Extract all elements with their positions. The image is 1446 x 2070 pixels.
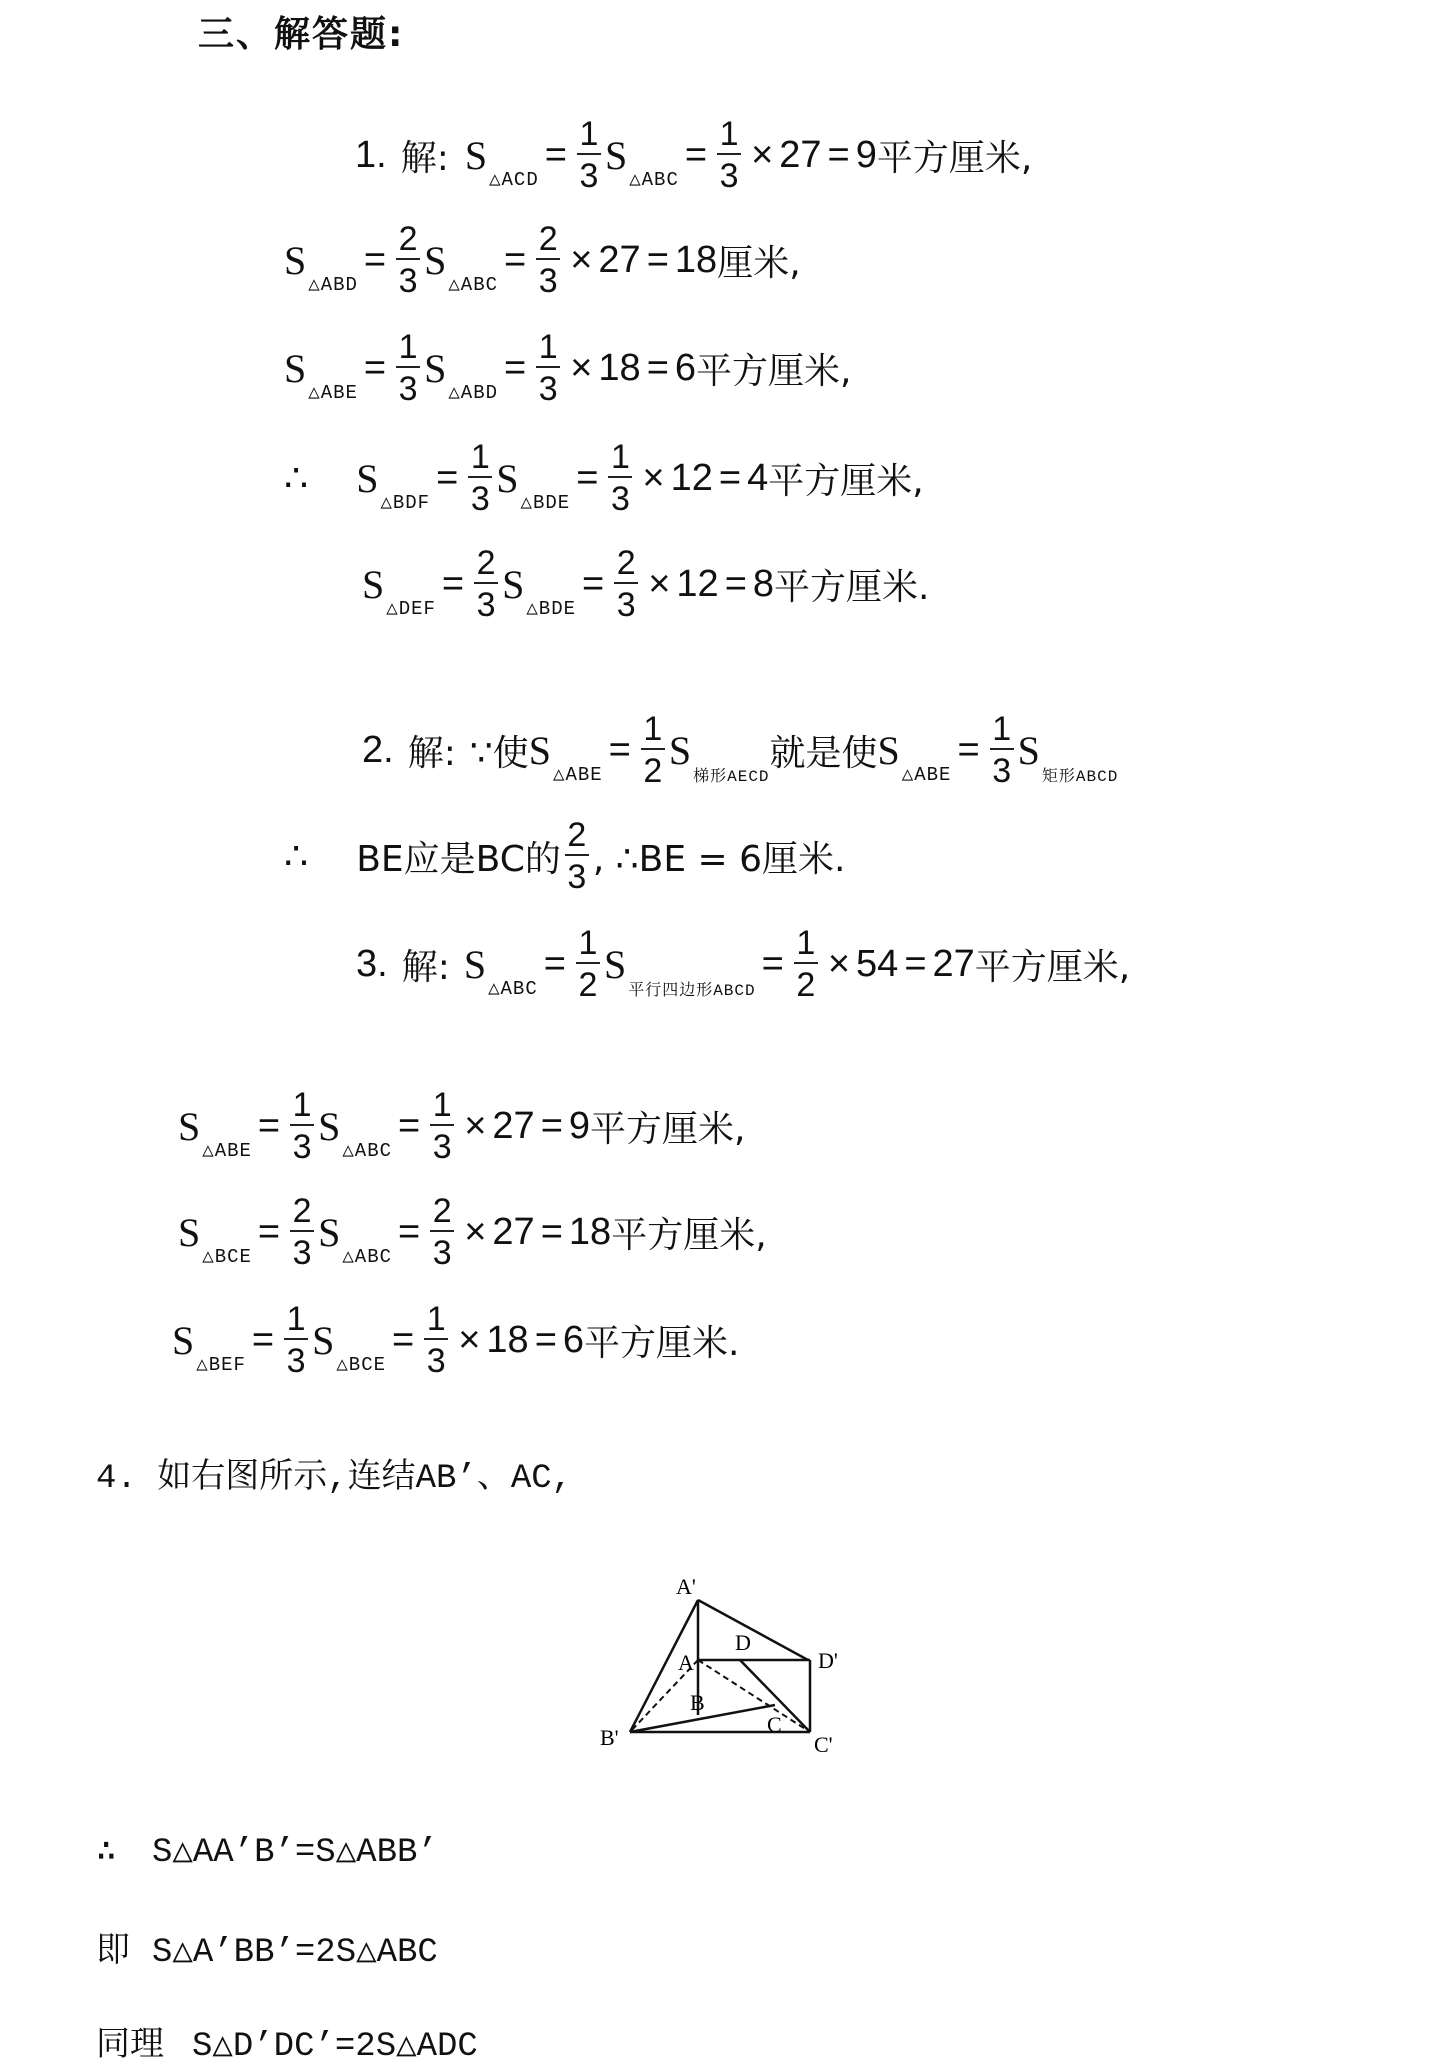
- factor: 27: [492, 1105, 534, 1148]
- factor: 27: [779, 134, 821, 177]
- conclusion-text: BE应是BC的: [356, 831, 561, 882]
- area-symbol: S: [878, 727, 900, 774]
- denominator: 3: [399, 368, 418, 406]
- equals: =: [398, 1105, 420, 1148]
- label-c-prime: C': [814, 1732, 833, 1757]
- factor: 12: [671, 457, 713, 500]
- area-symbol: S: [284, 345, 306, 392]
- fraction: 13: [577, 117, 601, 193]
- subscript: △ABC: [488, 977, 538, 1000]
- denominator: 3: [992, 750, 1011, 788]
- numerator: 1: [397, 330, 420, 366]
- numerator: 2: [475, 546, 498, 582]
- equals: =: [541, 1105, 563, 1148]
- numerator: 2: [537, 222, 560, 258]
- equals: =: [258, 1105, 280, 1148]
- denominator: 3: [617, 584, 636, 622]
- statement-prefix: 同理: [96, 2016, 192, 2066]
- denominator: 3: [611, 478, 630, 516]
- times: ×: [751, 134, 773, 177]
- denominator: 3: [477, 584, 496, 622]
- factor: 18: [486, 1319, 528, 1362]
- area-symbol: S: [464, 941, 486, 988]
- equals: =: [904, 943, 926, 986]
- numerator: 1: [609, 440, 632, 476]
- therefore-symbol: ∴: [284, 456, 308, 501]
- fraction: 23: [474, 546, 498, 622]
- subscript: △BCE: [202, 1245, 252, 1268]
- fraction: 13: [468, 440, 492, 516]
- fraction: 13: [430, 1088, 454, 1164]
- area-symbol: S: [496, 455, 518, 502]
- equals: =: [504, 239, 526, 282]
- area-symbol: S: [1018, 727, 1040, 774]
- result: 18: [569, 1211, 611, 1254]
- geometry-figure: A' A B B' C C' D D': [580, 1560, 860, 1760]
- subscript: △ABE: [553, 763, 603, 786]
- equals: =: [364, 347, 386, 390]
- subscript: △ABD: [448, 381, 498, 404]
- numerator: 1: [641, 712, 664, 748]
- p3-line-2: S△ABE = 13 S△ABC = 13 × 27 = 9 平方厘米,: [178, 1076, 746, 1176]
- p3-line-1: 3. 解: S△ABC = 12 S平行四边形ABCD = 12 × 54 = …: [356, 914, 1130, 1014]
- denominator: 3: [433, 1126, 452, 1164]
- statement-text: S△AA’B’=S△ABB’: [152, 1834, 438, 1872]
- denominator: 3: [293, 1126, 312, 1164]
- area-symbol: S: [318, 1103, 340, 1150]
- unit: 平方厘米,: [696, 343, 851, 394]
- fraction: 13: [717, 117, 741, 193]
- label-b-prime: B': [600, 1725, 619, 1750]
- statement-prefix: 即: [96, 1922, 152, 1972]
- fraction: 13: [424, 1302, 448, 1378]
- equals: =: [541, 1211, 563, 1254]
- numerator: 1: [990, 712, 1013, 748]
- numerator: 1: [718, 117, 741, 153]
- numerator: 1: [291, 1088, 314, 1124]
- unit: 厘米,: [717, 235, 800, 286]
- result: 9: [569, 1105, 590, 1148]
- denominator: 3: [471, 478, 490, 516]
- fraction: 23: [614, 546, 638, 622]
- label-a-prime: A': [676, 1574, 696, 1599]
- result: 9: [856, 134, 877, 177]
- subscript: △ACD: [489, 168, 539, 191]
- area-symbol: S: [465, 132, 487, 179]
- result: 18: [675, 239, 717, 282]
- unit: 平方厘米,: [768, 453, 923, 504]
- area-symbol: S: [424, 237, 446, 284]
- unit: 平方厘米.: [774, 559, 929, 610]
- fraction: 13: [290, 1088, 314, 1164]
- numerator: 1: [576, 926, 599, 962]
- subscript: △BDE: [526, 597, 576, 620]
- unit: 平方厘米,: [590, 1101, 745, 1152]
- fraction: 13: [990, 712, 1014, 788]
- label-a: A: [678, 1650, 694, 1675]
- equals: =: [436, 457, 458, 500]
- subscript: 平行四边形ABCD: [628, 977, 755, 1000]
- area-symbol: S: [312, 1317, 334, 1364]
- equals: =: [504, 347, 526, 390]
- numerator: 1: [469, 440, 492, 476]
- factor: 54: [856, 943, 898, 986]
- unit: 平方厘米,: [611, 1207, 766, 1258]
- p1-line-3: S△ABE = 13 S△ABD = 13 × 18 = 6 平方厘米,: [284, 318, 852, 418]
- subscript: △BCE: [336, 1353, 386, 1376]
- result: 4: [747, 457, 768, 500]
- p1-line-5: S△DEF = 23 S△BDE = 23 × 12 = 8 平方厘米.: [362, 534, 930, 634]
- p2-jie: 解:: [408, 725, 456, 776]
- equals: =: [647, 239, 669, 282]
- p2-line-1: 2. 解: ∵使 S△ABE = 12 S梯形AECD 就是使 S△ABE = …: [362, 700, 1118, 800]
- label-b: B: [690, 1690, 705, 1715]
- equals: =: [398, 1211, 420, 1254]
- fraction: 13: [536, 330, 560, 406]
- equals: =: [392, 1319, 414, 1362]
- factor: 18: [598, 347, 640, 390]
- times: ×: [570, 347, 592, 390]
- denominator: 3: [567, 856, 586, 894]
- numerator: 2: [565, 818, 588, 854]
- area-symbol: S: [605, 132, 627, 179]
- equals: =: [609, 729, 631, 772]
- area-symbol: S: [604, 941, 626, 988]
- times: ×: [464, 1211, 486, 1254]
- p4-statement-3: 同理S△D’DC’=2S△ADC: [96, 2016, 478, 2066]
- unit: 平方厘米.: [584, 1315, 739, 1366]
- equals: =: [252, 1319, 274, 1362]
- subscript: △ABE: [308, 381, 358, 404]
- area-symbol: S: [362, 561, 384, 608]
- fraction: 12: [641, 712, 665, 788]
- subscript: △ABC: [629, 168, 679, 191]
- area-symbol: S: [284, 237, 306, 284]
- equals: =: [576, 457, 598, 500]
- unit: 平方厘米,: [877, 130, 1032, 181]
- equals: =: [582, 563, 604, 606]
- numerator: 2: [615, 546, 638, 582]
- denominator: 3: [287, 1340, 306, 1378]
- equals: =: [647, 347, 669, 390]
- equals: =: [258, 1211, 280, 1254]
- numerator: 1: [285, 1302, 308, 1338]
- numerator: 1: [794, 926, 817, 962]
- section-heading: 三、解答题:: [198, 6, 404, 57]
- subscript: △ABC: [342, 1245, 392, 1268]
- p4-statement-1: ∴S△AA’B’=S△ABB’: [96, 1830, 438, 1872]
- fraction: 13: [396, 330, 420, 406]
- connector-text: 就是使: [770, 725, 878, 776]
- area-symbol: S: [178, 1103, 200, 1150]
- label-d-prime: D': [818, 1648, 838, 1673]
- p3-line-3: S△BCE = 23 S△ABC = 23 × 27 = 18 平方厘米,: [178, 1182, 767, 1282]
- because-text: ∵使: [470, 725, 529, 776]
- p2-label: 2.: [362, 729, 394, 772]
- p3-line-4: S△BEF = 13 S△BCE = 13 × 18 = 6 平方厘米.: [172, 1290, 740, 1390]
- equals: =: [544, 943, 566, 986]
- fraction: 23: [430, 1194, 454, 1270]
- result: 27: [933, 943, 975, 986]
- label-d: D: [735, 1630, 751, 1655]
- equals: =: [685, 134, 707, 177]
- fraction: 23: [396, 222, 420, 298]
- equals: =: [725, 563, 747, 606]
- area-symbol: S: [502, 561, 524, 608]
- numerator: 2: [291, 1194, 314, 1230]
- times: ×: [464, 1105, 486, 1148]
- area-symbol: S: [318, 1209, 340, 1256]
- p1-label: 1.: [355, 134, 387, 177]
- fraction: 23: [290, 1194, 314, 1270]
- subscript: △BDF: [380, 491, 430, 514]
- equals: =: [957, 729, 979, 772]
- fraction: 12: [576, 926, 600, 1002]
- equals: =: [828, 134, 850, 177]
- equals: =: [442, 563, 464, 606]
- subscript: △DEF: [386, 597, 436, 620]
- times: ×: [570, 239, 592, 282]
- p3-jie: 解:: [402, 939, 450, 990]
- p2-line-2: ∴ BE应是BC的 23 , ∴BE = 6厘米.: [284, 806, 845, 906]
- equals: =: [719, 457, 741, 500]
- fraction: 13: [608, 440, 632, 516]
- equals: =: [535, 1319, 557, 1362]
- statement-text: S△D’DC’=2S△ADC: [192, 2028, 478, 2066]
- area-symbol: S: [178, 1209, 200, 1256]
- times: ×: [458, 1319, 480, 1362]
- factor: 12: [676, 563, 718, 606]
- subscript: 矩形ABCD: [1042, 763, 1118, 786]
- subscript: △ABE: [202, 1139, 252, 1162]
- p4-statement-2: 即S△A’BB’=2S△ABC: [96, 1922, 438, 1972]
- result: 6: [563, 1319, 584, 1362]
- therefore-symbol: ∴: [96, 1830, 152, 1872]
- denominator: 3: [427, 1340, 446, 1378]
- p1-line-2: S△ABD = 23 S△ABC = 23 × 27 = 18 厘米,: [284, 210, 801, 310]
- area-symbol: S: [669, 727, 691, 774]
- times: ×: [642, 457, 664, 500]
- denominator: 3: [399, 260, 418, 298]
- subscript: △BEF: [196, 1353, 246, 1376]
- subscript: 梯形AECD: [693, 763, 769, 786]
- conclusion-tail: , ∴BE = 6厘米.: [593, 831, 846, 882]
- p1-line-1: 1. 解: S△ACD = 13 S△ABC = 13 × 27 = 9 平方厘…: [355, 105, 1032, 205]
- factor: 27: [598, 239, 640, 282]
- times: ×: [828, 943, 850, 986]
- area-symbol: S: [172, 1317, 194, 1364]
- numerator: 1: [425, 1302, 448, 1338]
- area-symbol: S: [356, 455, 378, 502]
- subscript: △BDE: [521, 491, 571, 514]
- numerator: 2: [431, 1194, 454, 1230]
- subscript: △ABC: [448, 273, 498, 296]
- equals: =: [545, 134, 567, 177]
- p1-jie: 解:: [401, 130, 449, 181]
- p3-label: 3.: [356, 943, 388, 986]
- numerator: 1: [431, 1088, 454, 1124]
- unit: 平方厘米,: [975, 939, 1130, 990]
- subscript: △ABC: [342, 1139, 392, 1162]
- numerator: 2: [397, 222, 420, 258]
- result: 6: [675, 347, 696, 390]
- result: 8: [753, 563, 774, 606]
- subscript: △ABD: [308, 273, 358, 296]
- factor: 27: [492, 1211, 534, 1254]
- denominator: 2: [643, 750, 662, 788]
- denominator: 3: [720, 155, 739, 193]
- denominator: 3: [539, 260, 558, 298]
- denominator: 3: [539, 368, 558, 406]
- p1-line-4: ∴ S△BDF = 13 S△BDE = 13 × 12 = 4 平方厘米,: [284, 428, 924, 528]
- equals: =: [762, 943, 784, 986]
- denominator: 3: [293, 1232, 312, 1270]
- therefore-symbol: ∴: [284, 834, 308, 879]
- statement-text: S△A’BB’=2S△ABC: [152, 1934, 438, 1972]
- denominator: 2: [578, 964, 597, 1002]
- numerator: 1: [537, 330, 560, 366]
- times: ×: [648, 563, 670, 606]
- denominator: 3: [433, 1232, 452, 1270]
- subscript: △ABE: [902, 763, 952, 786]
- area-symbol: S: [424, 345, 446, 392]
- denominator: 3: [579, 155, 598, 193]
- p4-intro: 4. 如右图所示,连结AB’、AC,: [96, 1448, 572, 1498]
- denominator: 2: [796, 964, 815, 1002]
- fraction: 23: [536, 222, 560, 298]
- fraction: 23: [565, 818, 589, 894]
- fraction: 12: [794, 926, 818, 1002]
- area-symbol: S: [529, 727, 551, 774]
- fraction: 13: [284, 1302, 308, 1378]
- numerator: 1: [577, 117, 600, 153]
- equals: =: [364, 239, 386, 282]
- label-c: C: [767, 1712, 782, 1737]
